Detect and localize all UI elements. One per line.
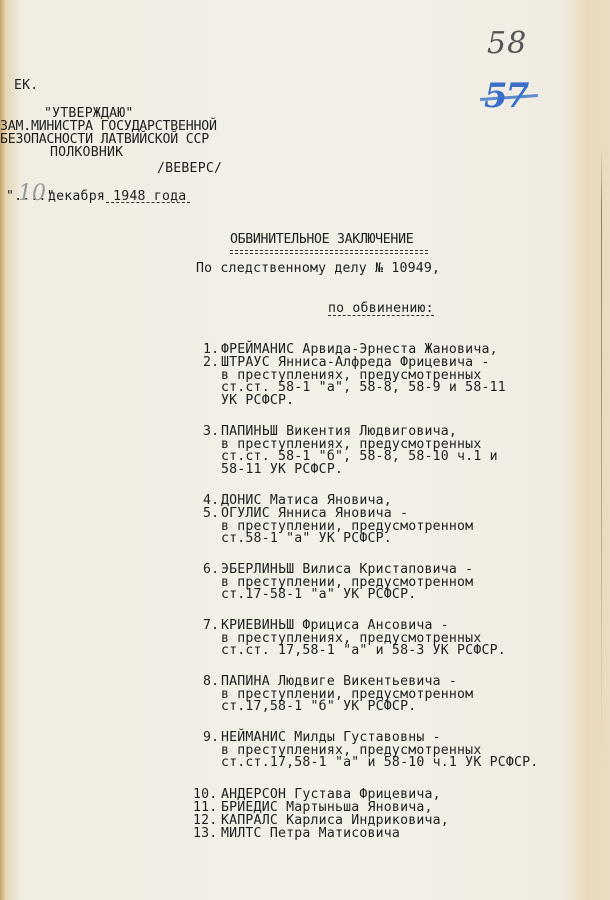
accused-charge-line: ст.17,58-1 "б" УК РСФСР. <box>221 700 416 713</box>
title-underline <box>230 250 428 254</box>
crossed-out-page-number: 57 <box>484 76 527 116</box>
document-page: 58 57 ЕК. "УТВЕРЖДАЮ" ЗАМ.МИНИСТРА ГОСУД… <box>0 0 610 900</box>
accused-charge-line: ст.ст. 17,58-1 "а" и 58-3 УК РСФСР. <box>221 644 506 657</box>
accused-charge-line: ст.58-1 "а" УК РСФСР. <box>221 532 392 545</box>
date-underline <box>106 202 190 204</box>
accused-name: МИЛТС Петра Матисовича <box>221 827 400 840</box>
accused-number: 7. <box>203 619 219 632</box>
copy-mark: ЕК. <box>14 79 38 92</box>
accused-charge-line: ст.17-58-1 "а" УК РСФСР. <box>221 588 416 601</box>
charge-heading: по обвинению: <box>328 302 434 315</box>
accused-number: 6. <box>203 563 219 576</box>
document-title: ОБВИНИТЕЛЬНОЕ ЗАКЛЮЧЕНИЕ <box>230 233 413 246</box>
approver-rank: ПОЛКОВНИК <box>50 146 123 159</box>
accused-number: 3. <box>203 425 219 438</box>
page-edge <box>601 150 602 750</box>
accused-charge-line: 58-11 УК РСФСР. <box>221 463 343 476</box>
accused-charge-line: УК РСФСР. <box>221 394 294 407</box>
accused-number: 8. <box>203 675 219 688</box>
accused-number: 13. <box>193 827 217 840</box>
handwritten-page-number: 58 <box>487 26 527 61</box>
case-number-line: По следственному делу № 10949, <box>196 262 440 275</box>
handwritten-date-day: 10 <box>18 181 46 206</box>
accused-number: 9. <box>203 731 219 744</box>
charge-heading-underline <box>328 315 434 317</box>
accused-number: 2. <box>203 356 219 369</box>
accused-number: 5. <box>203 507 219 520</box>
approver-name: /ВЕВЕРС/ <box>157 162 222 175</box>
accused-charge-line: ст.ст.17,58-1 "а" и 58-10 ч.1 УК РСФСР. <box>221 756 538 769</box>
